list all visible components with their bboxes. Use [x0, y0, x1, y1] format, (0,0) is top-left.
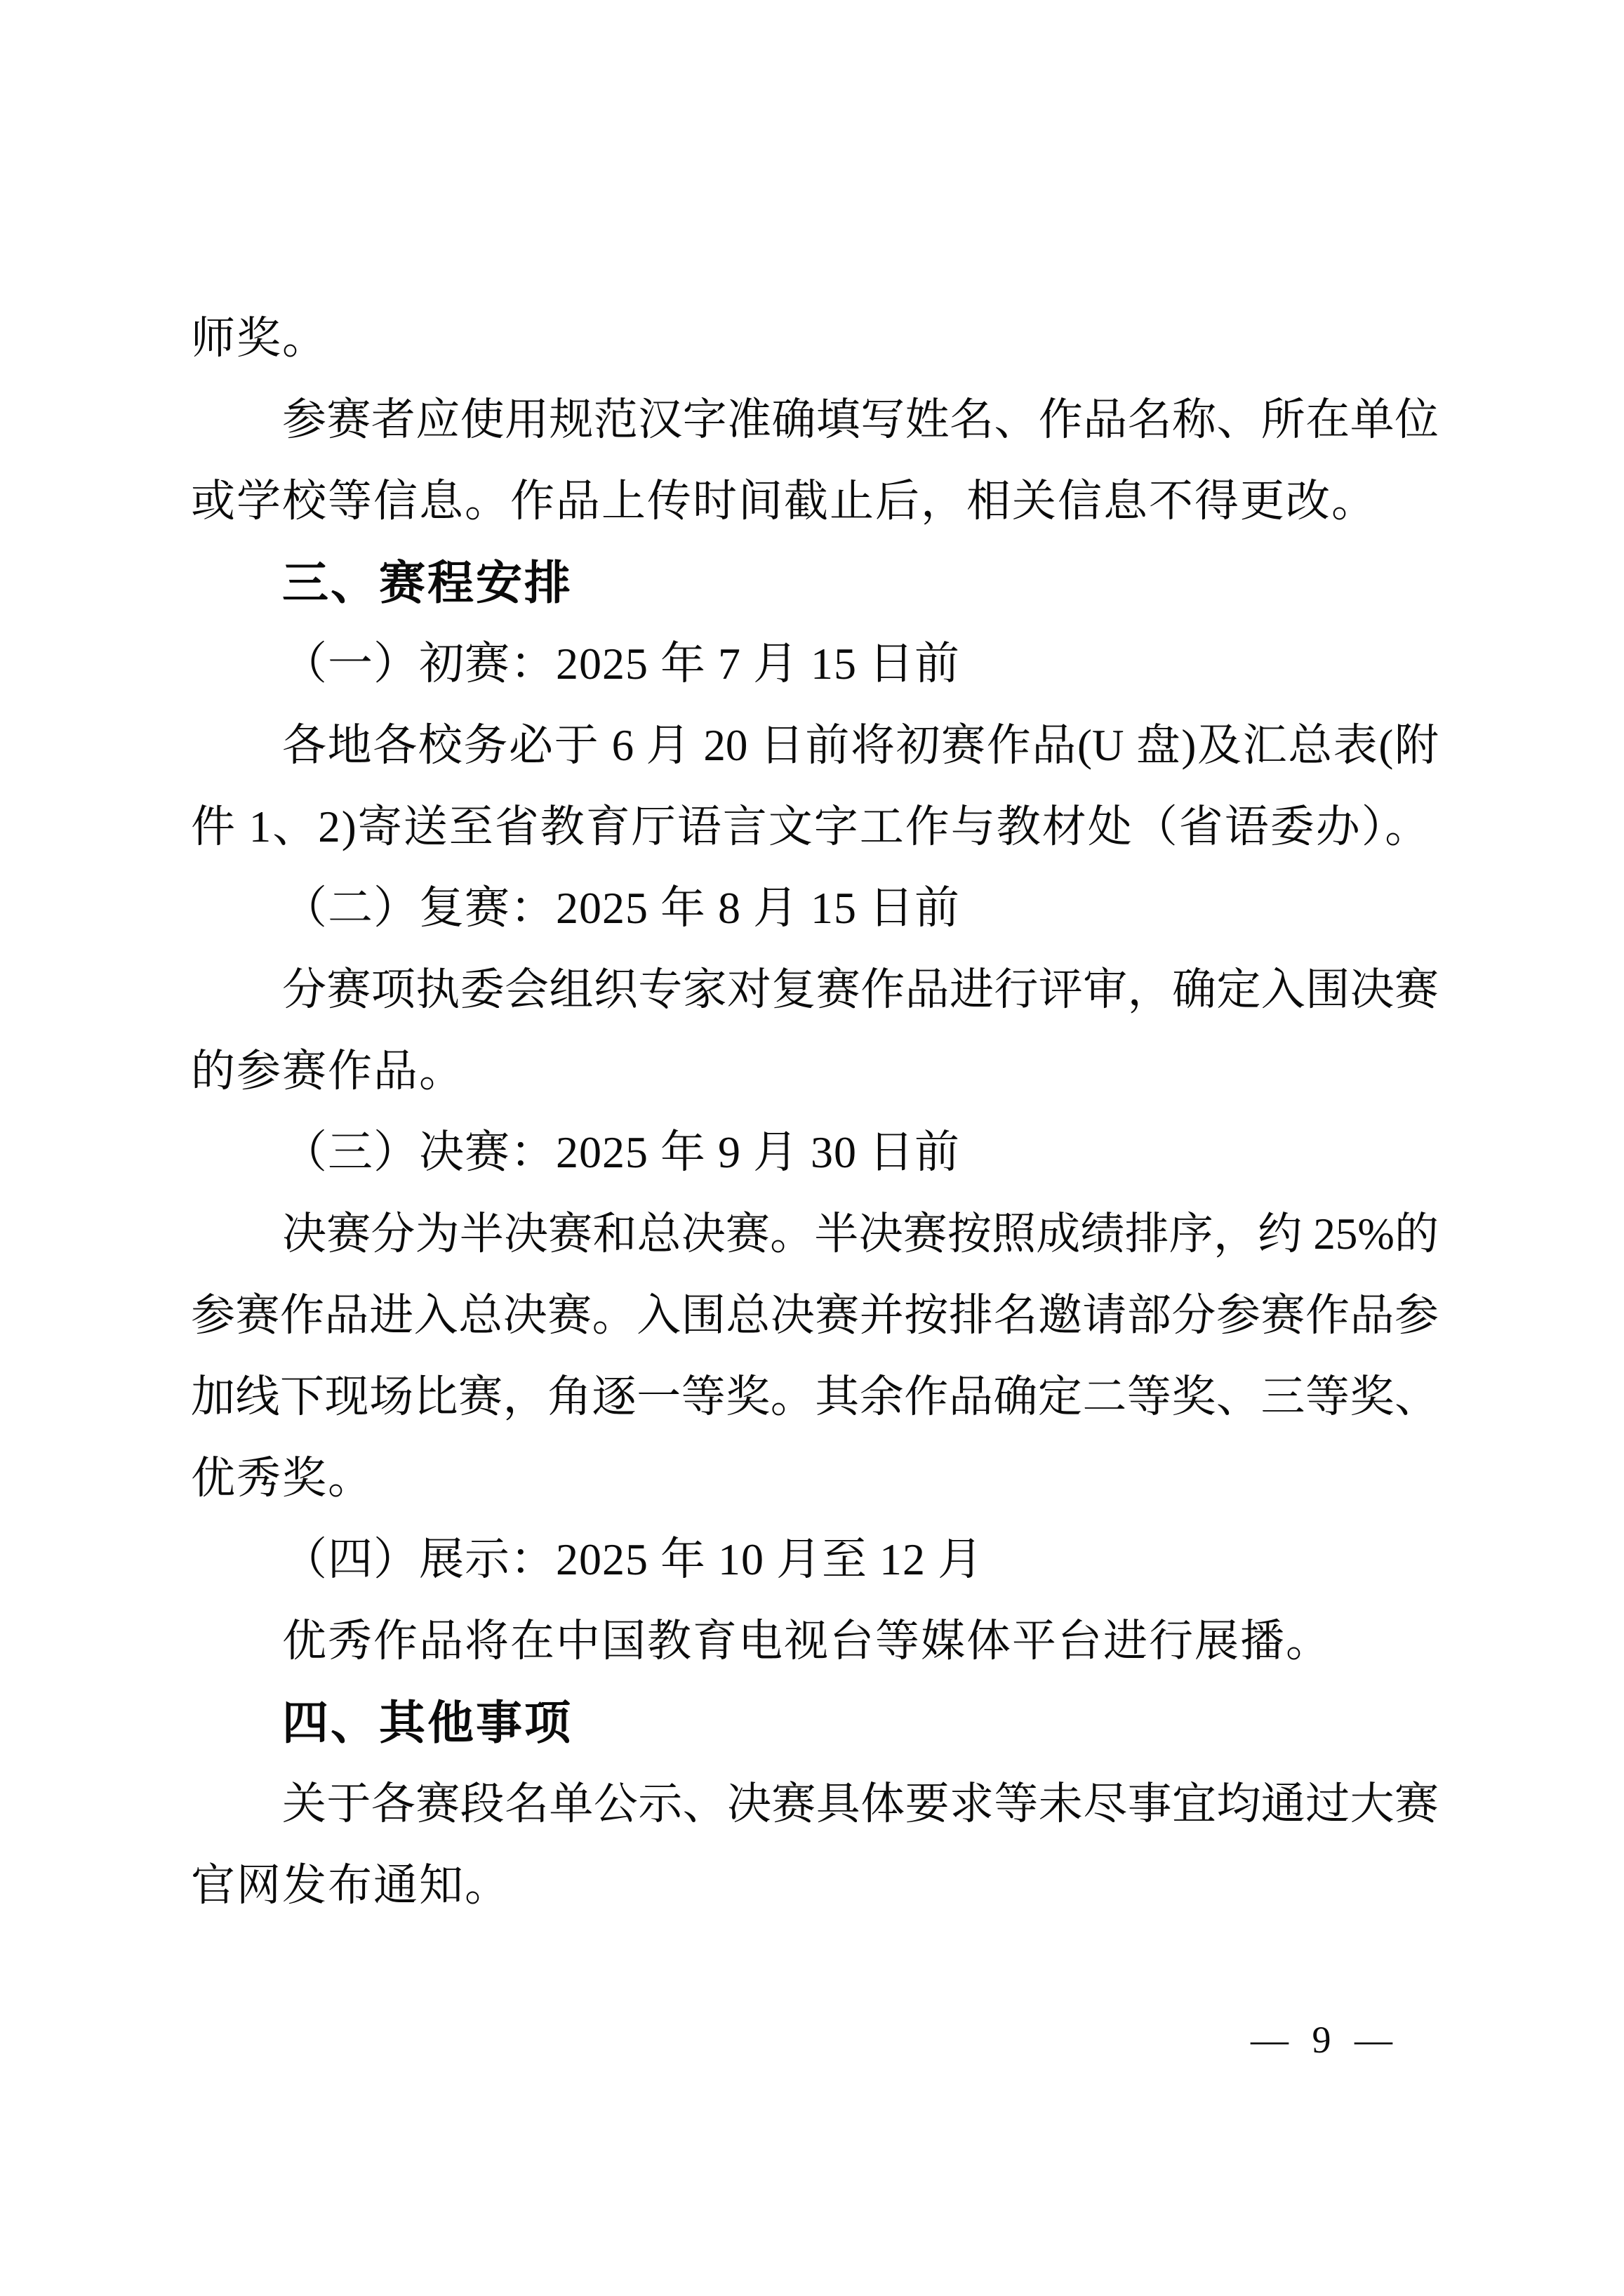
text-line: 师奖。: [191, 298, 1439, 379]
document-body: 师奖。参赛者应使用规范汉字准确填写姓名、作品名称、所在单位或学校等信息。作品上传…: [191, 298, 1439, 1926]
text-line: 加线下现场比赛，角逐一等奖。其余作品确定二等奖、三等奖、: [191, 1356, 1439, 1438]
stage-subheading: （一）初赛：2025 年 7 月 15 日前: [191, 623, 1439, 705]
text-line: 的参赛作品。: [191, 1030, 1439, 1112]
text-line: 各地各校务必于 6 月 20 日前将初赛作品(U 盘)及汇总表(附: [191, 705, 1439, 786]
section-heading: 三、赛程安排: [191, 542, 1439, 623]
text-line: 分赛项执委会组织专家对复赛作品进行评审，确定入围决赛: [191, 949, 1439, 1030]
text-line: 参赛作品进入总决赛。入围总决赛并按排名邀请部分参赛作品参: [191, 1275, 1439, 1356]
text-line: 决赛分为半决赛和总决赛。半决赛按照成绩排序，约 25%的: [191, 1193, 1439, 1275]
text-line: 件 1、2)寄送至省教育厅语言文字工作与教材处（省语委办）。: [191, 786, 1439, 868]
text-line: 优秀作品将在中国教育电视台等媒体平台进行展播。: [191, 1600, 1439, 1682]
text-line: 或学校等信息。作品上传时间截止后，相关信息不得更改。: [191, 460, 1439, 542]
text-line: 参赛者应使用规范汉字准确填写姓名、作品名称、所在单位: [191, 379, 1439, 460]
text-line: 优秀奖。: [191, 1438, 1439, 1519]
section-heading: 四、其他事项: [191, 1682, 1439, 1763]
stage-subheading: （三）决赛：2025 年 9 月 30 日前: [191, 1112, 1439, 1193]
text-line: 官网发布通知。: [191, 1845, 1439, 1926]
text-line: 关于各赛段名单公示、决赛具体要求等未尽事宜均通过大赛: [191, 1763, 1439, 1845]
document-page: 师奖。参赛者应使用规范汉字准确填写姓名、作品名称、所在单位或学校等信息。作品上传…: [0, 0, 1624, 2296]
stage-subheading: （二）复赛：2025 年 8 月 15 日前: [191, 868, 1439, 949]
page-number: — 9 —: [1251, 2017, 1399, 2062]
stage-subheading: （四）展示：2025 年 10 月至 12 月: [191, 1519, 1439, 1600]
